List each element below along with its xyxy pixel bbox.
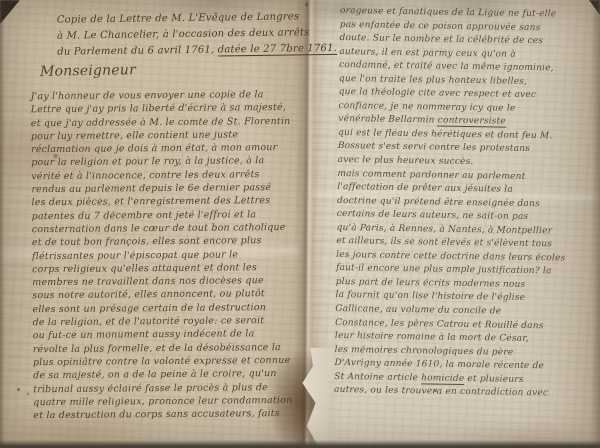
photo-vignette: [0, 0, 600, 448]
manuscript-photo: Copie de la Lettre de M. L'Evêque de Lan…: [0, 0, 600, 448]
